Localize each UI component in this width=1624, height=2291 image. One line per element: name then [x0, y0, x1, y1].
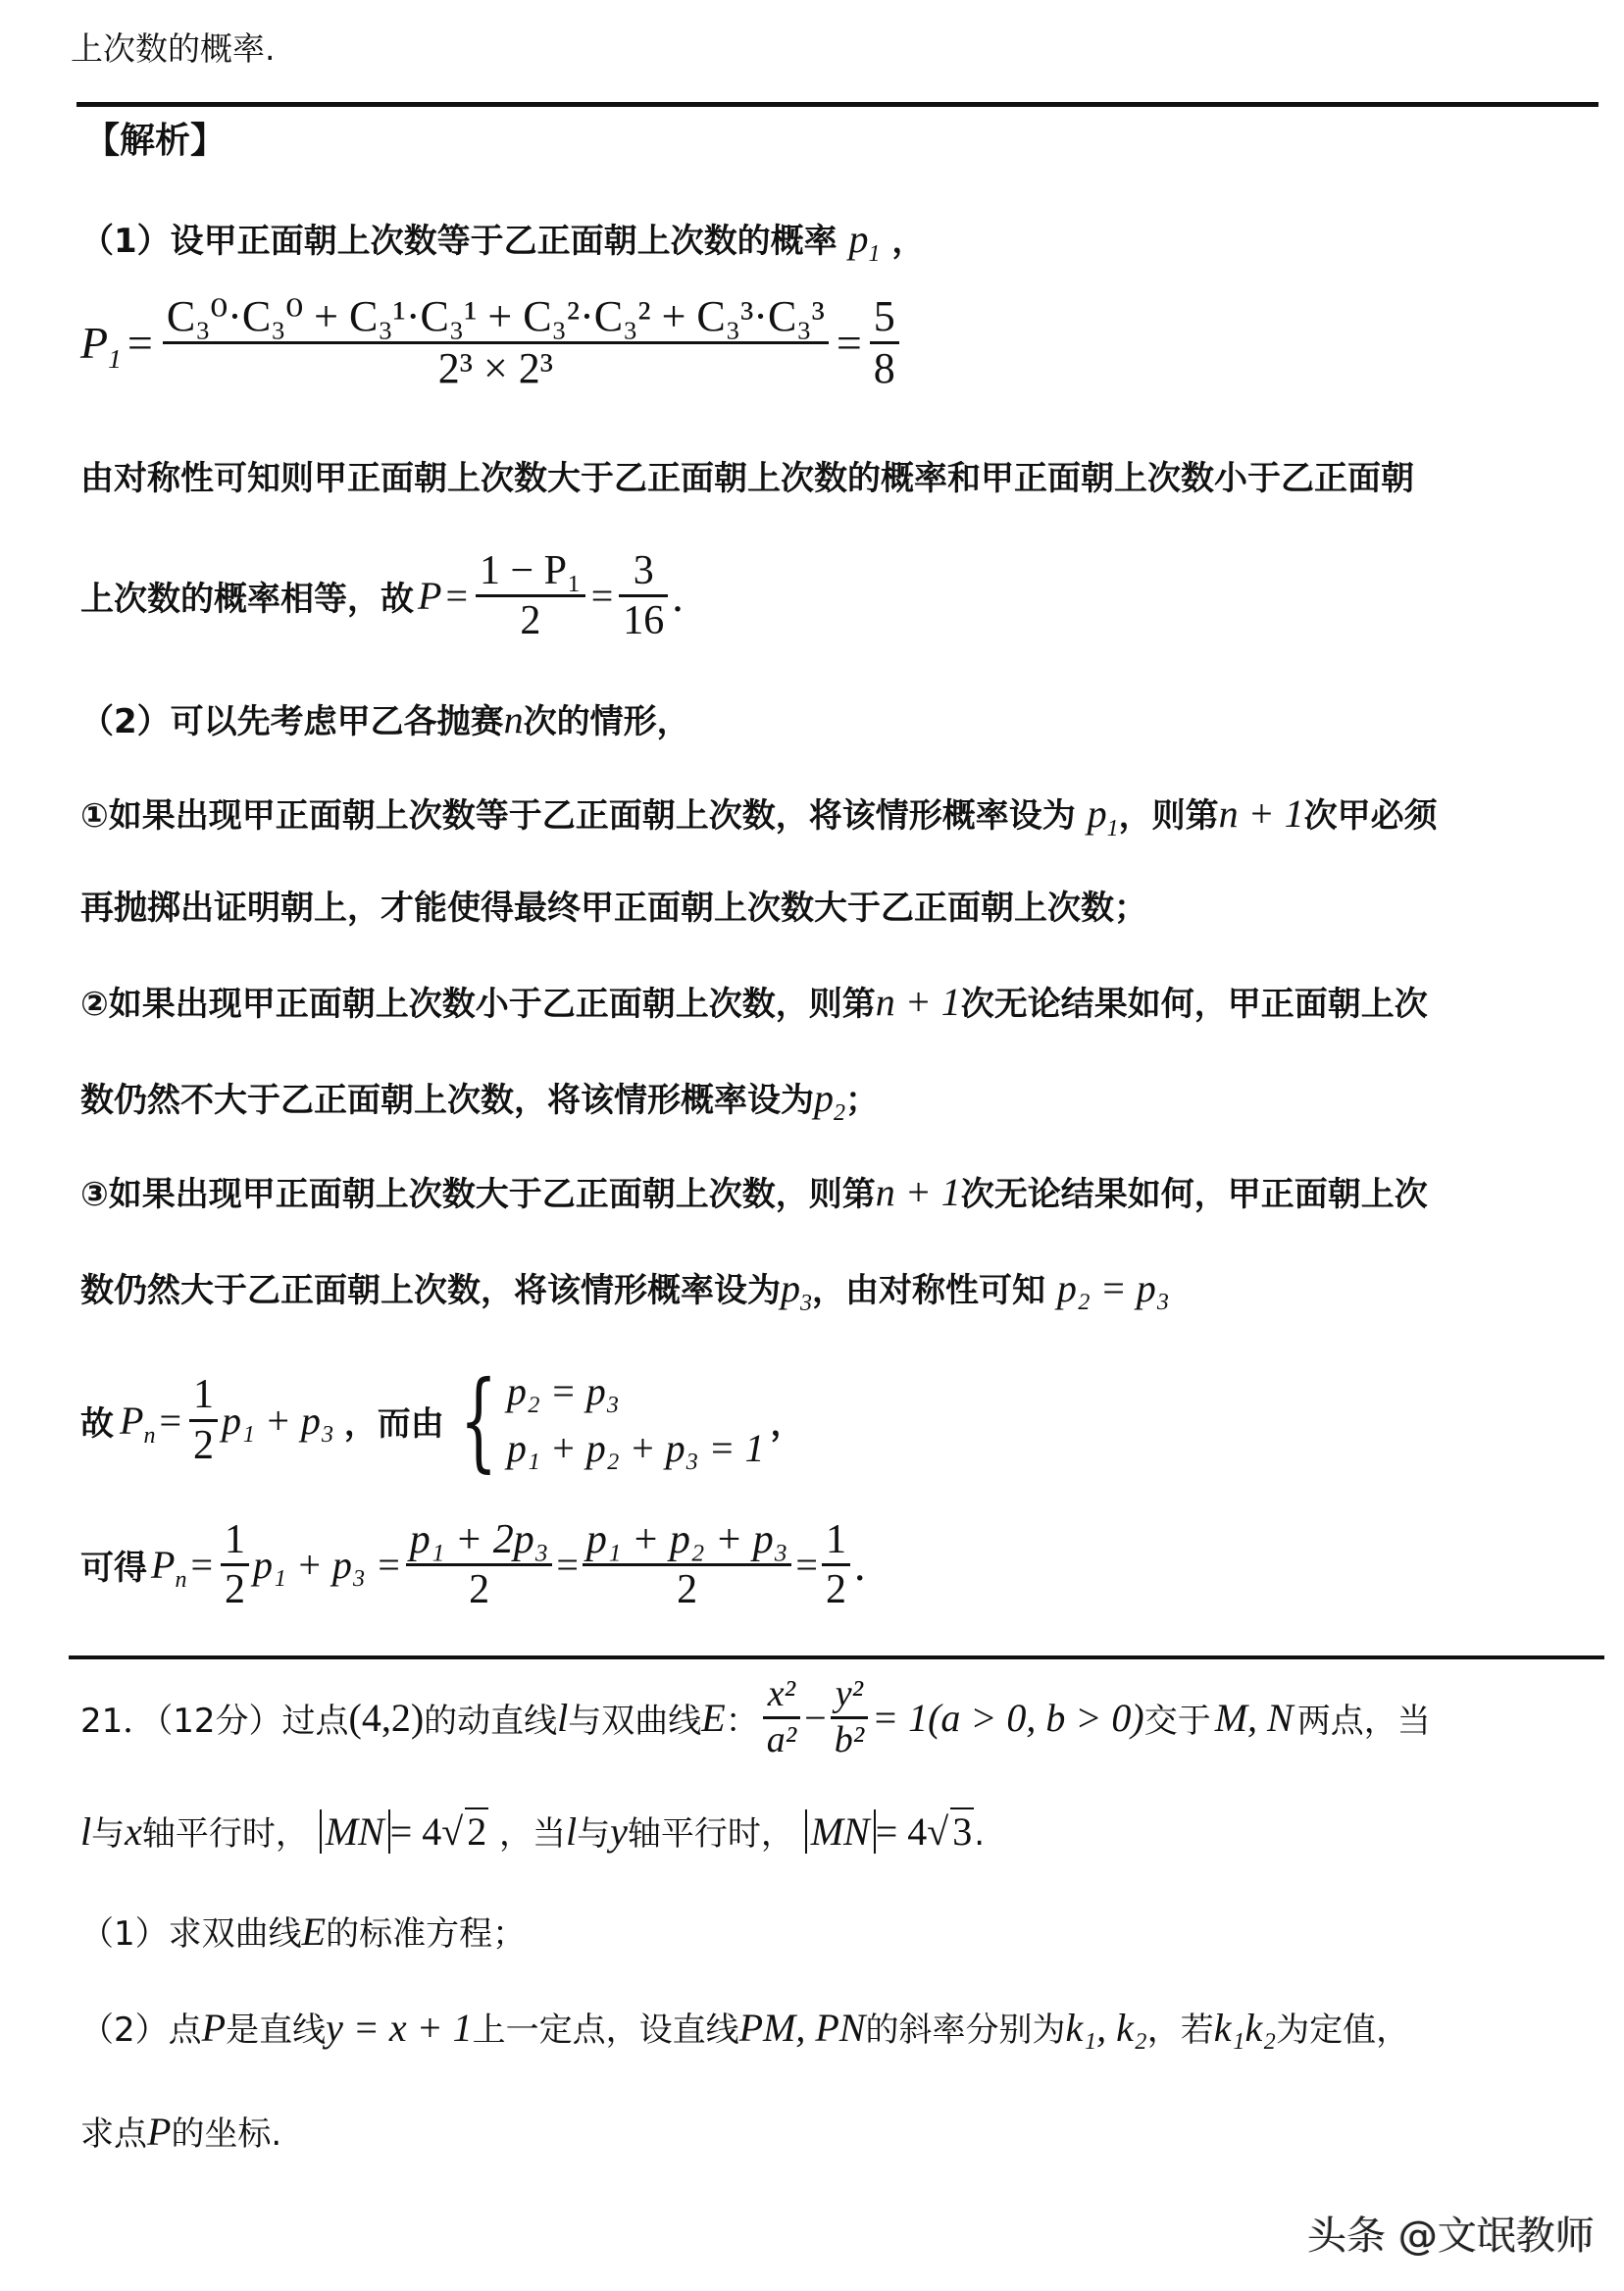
watermark: 头条 @文氓教师 — [1307, 2205, 1595, 2261]
symmetry-line-1: 由对称性可知则甲正面朝上次数大于乙正面朝上次数的概率和甲正面朝上次数小于乙正面朝 — [80, 457, 1414, 500]
question21-line2: l与x轴平行时， MN= 4√2 ，当l与y轴平行时， MN= 4√3. — [80, 1810, 985, 1856]
case1-line1: ①如果出现甲正面朝上次数等于乙正面朝上次数，将该情形概率设为 p1，则第n + … — [80, 792, 1438, 838]
case2-line1: ②如果出现甲正面朝上次数小于乙正面朝上次数，则第n + 1次无论结果如何，甲正面… — [80, 981, 1428, 1026]
question21-line1: 21．（12分）过点 (4,2) 的动直线 l 与双曲线 E ： x²a² − … — [80, 1675, 1431, 1760]
divider-top — [76, 102, 1599, 107]
pn-final-result: 可得 Pn = 12 p₁ + p₃ = p₁ + 2p₃2 = p₁ + p₂… — [80, 1518, 865, 1611]
formula-lhs: P1 — [80, 317, 122, 369]
question21-sub2-line2: 求点P的坐标. — [80, 2111, 281, 2156]
section-heading-analysis: 【解析】 — [84, 120, 226, 163]
previous-page-fragment: 上次数的概率. — [71, 27, 276, 71]
denominator: 2³ × 2³ — [163, 344, 829, 391]
question21-sub1: （1）求双曲线E的标准方程； — [80, 1910, 526, 1956]
var-p: p1 — [849, 217, 881, 261]
formula-p1: P1 = C₃⁰·C₃⁰ + C₃¹·C₃¹ + C₃²·C₃² + C₃³·C… — [80, 294, 903, 391]
divider-question — [69, 1655, 1604, 1659]
case3-line2: 数仍然大于乙正面朝上次数，将该情形概率设为p3，由对称性可知 p₂ = p₃ — [80, 1267, 1170, 1312]
equals: = — [127, 317, 153, 369]
punct: ， — [891, 222, 925, 261]
symmetry-line-2: 上次数的概率相等，故 P = 1 − P₁ 2 = 3 16 . — [80, 549, 684, 642]
case1-line2: 再抛掷出证明朝上，才能使得最终甲正面朝上次数大于乙正面朝上次数； — [80, 887, 1147, 930]
part1-intro: （1）设甲正面朝上次数等于乙正面朝上次数的概率 p1 ， — [80, 218, 925, 263]
case3-line1: ③如果出现甲正面朝上次数大于乙正面朝上次数，则第n + 1次无论结果如何，甲正面… — [80, 1171, 1428, 1216]
case2-line2: 数仍然不大于乙正面朝上次数，将该情形概率设为p2； — [80, 1077, 879, 1122]
part2-intro: （2）可以先考虑甲乙各抛赛n次的情形， — [80, 698, 690, 743]
symmetry-result: 3 16 — [619, 549, 668, 642]
equals: = — [837, 317, 862, 369]
pn-system-equation: 故 Pn = 12 p₁ + p₃ ，而由 { p₂ = p₃ p₁ + p₂ … — [80, 1363, 804, 1477]
equation-system: { p₂ = p₃ p₁ + p₂ + p₃ = 1 — [444, 1363, 765, 1477]
question21-sub2-line1: （2）点P是直线y = x + 1上一定点，设直线PM, PN的斜率分别为k₁,… — [80, 2007, 1409, 2052]
symmetry-fraction: 1 − P₁ 2 — [476, 549, 585, 642]
left-brace-icon: { — [460, 1366, 498, 1474]
formula-fraction: C₃⁰·C₃⁰ + C₃¹·C₃¹ + C₃²·C₃² + C₃³·C₃³ 2³… — [163, 294, 829, 391]
result-fraction: 5 8 — [870, 294, 899, 391]
part1-intro-text: （1）设甲正面朝上次数等于乙正面朝上次数的概率 — [80, 222, 837, 261]
numerator: C₃⁰·C₃⁰ + C₃¹·C₃¹ + C₃²·C₃² + C₃³·C₃³ — [163, 294, 829, 344]
